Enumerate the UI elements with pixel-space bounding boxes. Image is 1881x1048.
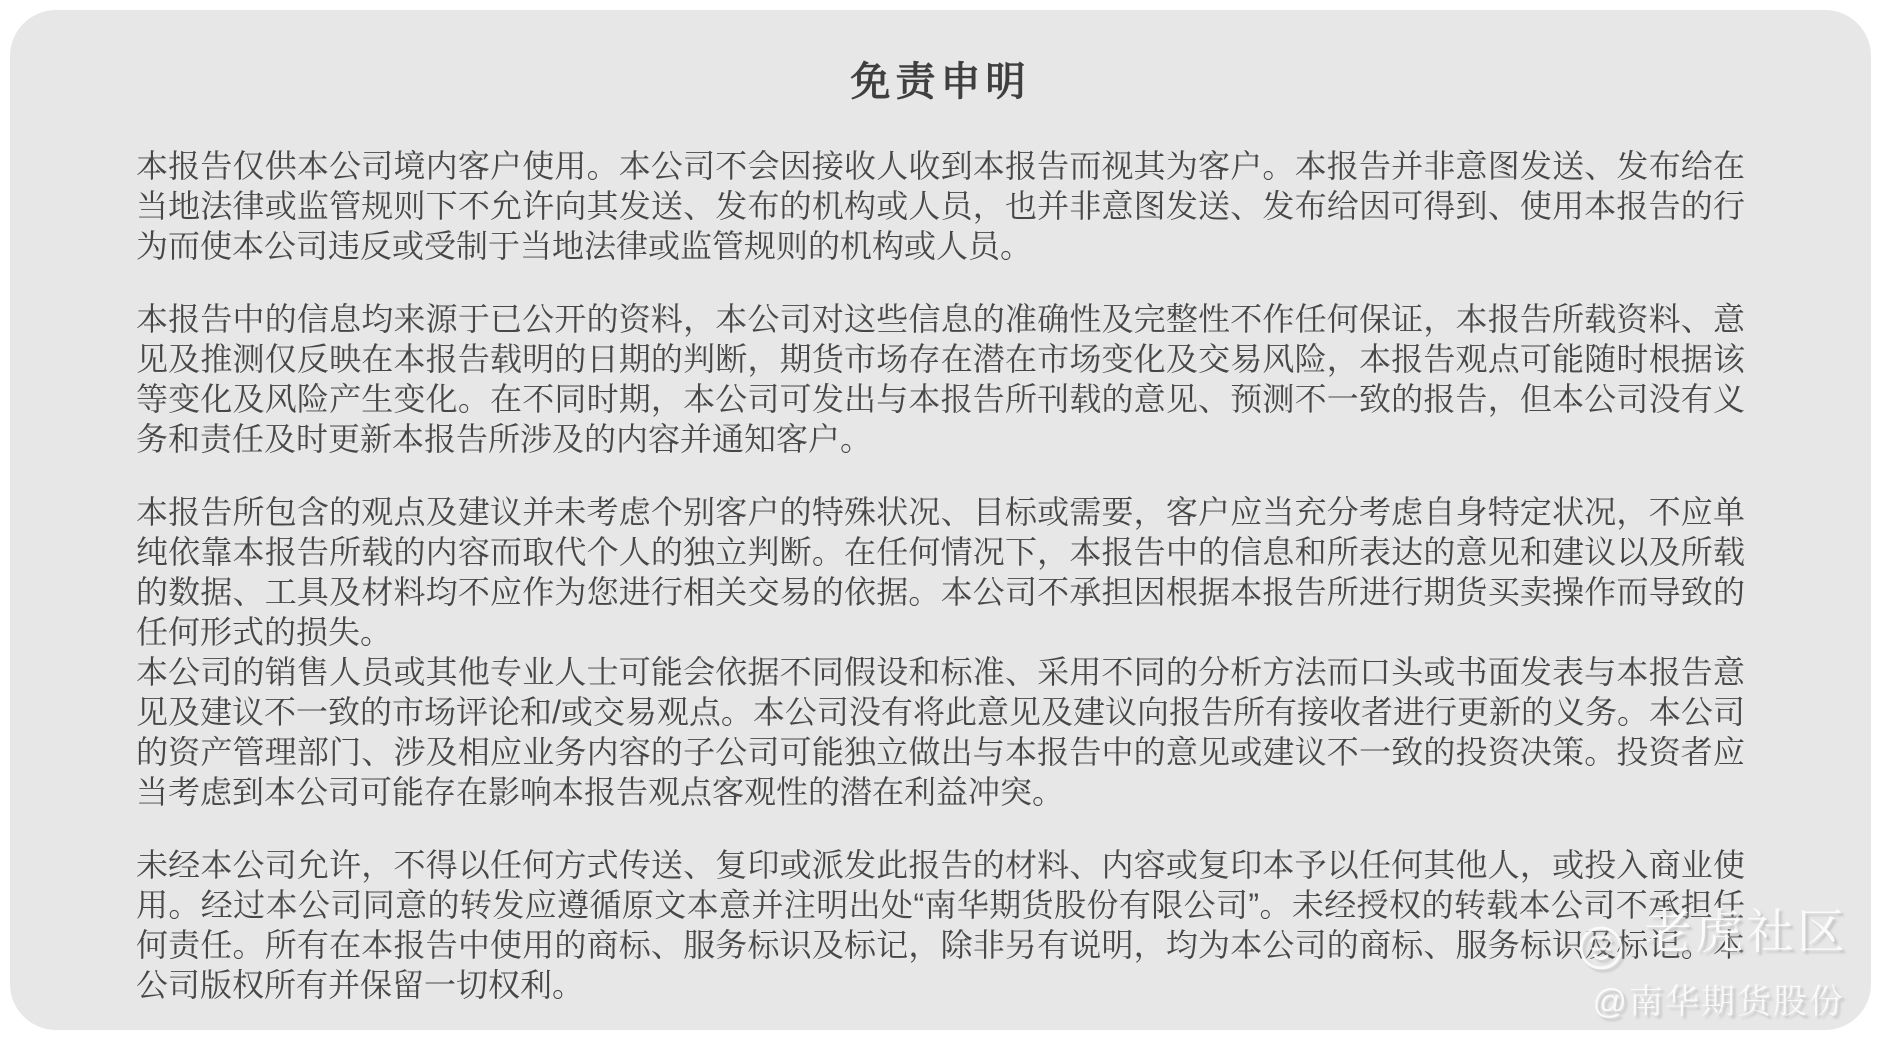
watermark-brand: 老虎社区 bbox=[1644, 906, 1848, 960]
disclaimer-paragraph-4: 本公司的销售人员或其他专业人士可能会依据不同假设和标准、采用不同的分析方法而口头… bbox=[136, 652, 1745, 812]
tiger-logo-icon bbox=[1578, 925, 1624, 971]
watermark-handle: @南华期货股份 bbox=[1592, 982, 1845, 1022]
disclaimer-paragraph-1: 本报告仅供本公司境内客户使用。本公司不会因接收人收到本报告而视其为客户。本报告并… bbox=[136, 146, 1745, 266]
disclaimer-paragraph-2: 本报告中的信息均来源于已公开的资料，本公司对这些信息的准确性及完整性不作任何保证… bbox=[136, 299, 1745, 459]
disclaimer-card: 免责申明 本报告仅供本公司境内客户使用。本公司不会因接收人收到本报告而视其为客户… bbox=[10, 10, 1871, 1030]
page-title: 免责申明 bbox=[136, 60, 1745, 104]
disclaimer-paragraph-3: 本报告所包含的观点及建议并未考虑个别客户的特殊状况、目标或需要，客户应当充分考虑… bbox=[136, 492, 1745, 652]
disclaimer-paragraph-5: 未经本公司允许，不得以任何方式传送、复印或派发此报告的材料、内容或复印本予以任何… bbox=[136, 845, 1745, 1005]
disclaimer-content: 免责申明 本报告仅供本公司境内客户使用。本公司不会因接收人收到本报告而视其为客户… bbox=[10, 10, 1871, 1038]
